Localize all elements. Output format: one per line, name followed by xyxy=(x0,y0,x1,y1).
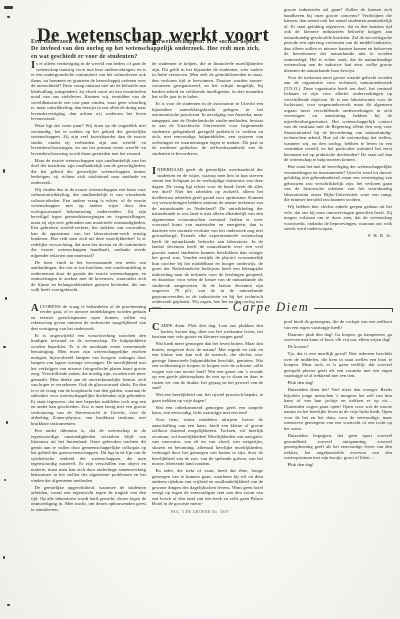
paragraph: P. H. R. Jr. xyxy=(284,233,392,239)
paragraph: Wat een heerlijkheid om, het rijwiel pra… xyxy=(152,392,263,403)
drop-cap: I xyxy=(152,167,157,176)
scan-speck xyxy=(3,556,5,559)
scan-speck xyxy=(3,346,6,348)
paragraph: Daarom: pluk den dag! Ga loopen, ga kamp… xyxy=(284,332,392,343)
scan-speck xyxy=(3,169,5,173)
paragraph: CARPE diem. Pluk den dag. Laat ons plukk… xyxy=(152,323,263,340)
heading-rule-right xyxy=(314,308,393,309)
paragraph: de studenten te helpen, die in financiee… xyxy=(152,61,263,100)
paragraph: Pluk den dag! xyxy=(284,462,392,468)
paragraph: Maar de exacte wetenschappen zijn onafha… xyxy=(31,158,146,186)
paragraph: Wij vinden dus in de exacte wetenschappe… xyxy=(31,187,146,259)
article-column-2: de studenten te helpen, die in financiee… xyxy=(152,61,263,308)
paragraph: De geestelijke opgewektheid, waarmee de … xyxy=(31,485,146,513)
paragraph: Waar ligt dat vaste punt? Wij doen op di… xyxy=(31,123,146,156)
scan-speck xyxy=(6,421,8,424)
paragraph: Een ander dilemma is, dat de wetenschap … xyxy=(31,428,146,483)
carpe-diem-column-2: pool biedt de genoegens, die de cockpit … xyxy=(284,319,392,516)
paragraph: Wij hebben hier slechts enkele grepen ge… xyxy=(284,204,392,232)
scan-speck xyxy=(4,6,13,9)
paragraph: Wat biedt meer genoegen dan het leven bu… xyxy=(152,341,263,391)
article-column-3: groote industrieën zal gaan? Zullen de k… xyxy=(284,7,392,308)
paragraph: Is er alleen vernietiging in de wereld v… xyxy=(31,61,146,122)
heading-rule-left xyxy=(149,308,228,309)
carpe-diem-column-1: CARPE diem. Pluk den dag. Laat ons plukk… xyxy=(152,323,263,516)
paragraph: Pluk den dag! xyxy=(284,380,392,386)
paragraph: Wat een onbekommerd genoegen geeft een s… xyxy=(152,405,263,416)
paragraph: Duizenden doen het! Veel meer dan vroege… xyxy=(284,387,392,431)
page-footer: PAG. 5 DE GROENE No. 3307 xyxy=(0,510,400,514)
section-heading-carpe-diem: Carpe Diem xyxy=(149,298,393,318)
paragraph: pool biedt de genoegens, die de cockpit … xyxy=(284,319,392,330)
paragraph: INDERDAAD geeft de geestelijke weerbaarh… xyxy=(152,167,263,308)
paragraph: En ieder, die trekt of vaart, heeft dat … xyxy=(152,468,263,507)
paragraph: Duizenden begrijpen, dat geen sport zoov… xyxy=(284,433,392,461)
paragraph: Voor hem, wiens middelen uitrijzen boven… xyxy=(152,417,263,467)
scan-speck xyxy=(7,16,10,18)
paragraph: Voor de toekomst moet groote waarde gehe… xyxy=(284,75,392,163)
paragraph: Tja, dat is een moeilijk geval! Niet ied… xyxy=(284,351,392,379)
scan-speck xyxy=(5,297,7,300)
paragraph: Hoe staat het met de beveiliging der wet… xyxy=(284,164,392,203)
paragraph: ALVORENS de vraag te behandelen of de pr… xyxy=(31,304,146,332)
paragraph: groote industrieën zal gaan? Zullen de k… xyxy=(284,7,392,73)
drop-cap: C xyxy=(152,323,161,332)
drop-cap: I xyxy=(31,61,36,70)
paragraph: Er is voor de studenten in de astronomie… xyxy=(152,101,263,156)
paragraph: De kosten? xyxy=(284,344,392,350)
section-heading-text: Carpe Diem xyxy=(233,300,309,315)
scan-speck xyxy=(4,479,6,481)
paragraph: De lezer vindt in het bovenstaande een r… xyxy=(31,260,146,293)
scan-speck xyxy=(7,604,10,606)
article-subtitle: Een onderzoek naar de activiteit in de n… xyxy=(31,39,260,61)
drop-cap: A xyxy=(31,304,40,313)
newspaper-page: De wetenschap werkt voort Een onderzoek … xyxy=(0,0,400,619)
article-column-1: Is er alleen vernietiging in de wereld v… xyxy=(31,61,146,513)
paragraph: Er is ongetwijfeld een wisselwerking tus… xyxy=(31,333,146,427)
